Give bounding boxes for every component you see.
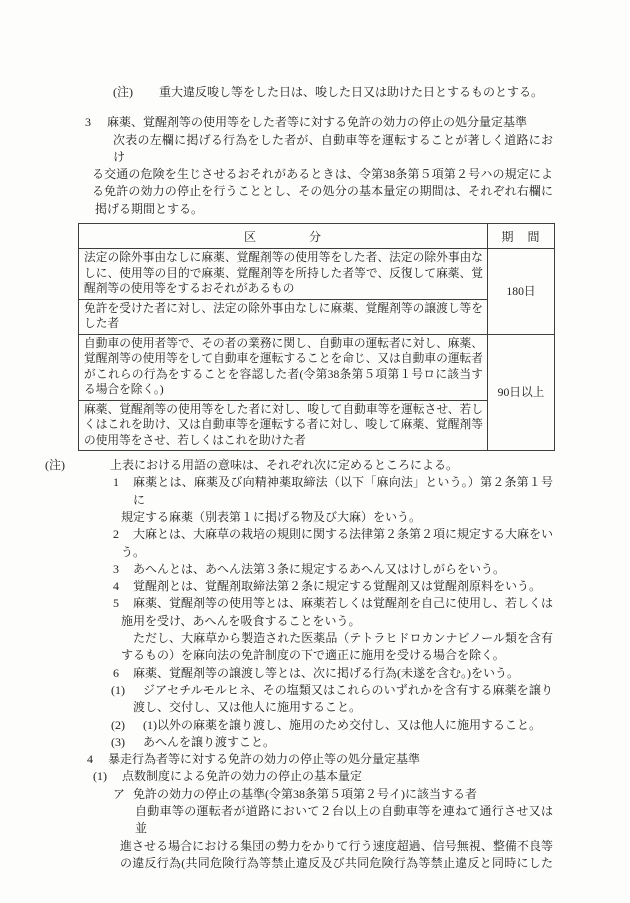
section4-sub1-line: (1) 点数制度による免許の効力の停止の基本量定 bbox=[122, 768, 553, 785]
note-item-text: 麻薬、覚醒剤等の譲渡し等とは、次に掲げる行為(未遂を含む。)をいう。 bbox=[133, 666, 519, 680]
sub-item-title: 点数制度による免許の効力の停止の基本量定 bbox=[122, 769, 362, 783]
note-item-line: 2 大麻とは、大麻草の栽培の規則に関する法律第２条第２項に規定する大麻をい bbox=[133, 526, 553, 543]
note-item-line: 渡し、交付し、又は他人に施用すること。 bbox=[133, 699, 553, 716]
section4-para-line: の違反行為(共同危険行為等禁止違反及び共同危険行為等禁止違反と同時にした bbox=[120, 855, 553, 872]
table-line: 覚醒剤等の使用等をして自動車を運転することを命じ、又は自動車の運転者 bbox=[84, 351, 483, 367]
section3-title: 麻薬、覚醒剤等の使用等をした者等に対する免許の効力の停止の処分量定基準 bbox=[107, 115, 527, 129]
note-item-line: (1) ジアセチルモルヒネ、その塩類又はこれらのいずれかを含有する麻薬を譲り bbox=[143, 682, 553, 699]
sub-item-title: 免許の効力の停止の基準(令第38条第５項第２号イ)に該当する者 bbox=[133, 787, 477, 801]
section3-heading: 3 麻薬、覚醒剤等の使用等をした者等に対する免許の効力の停止の処分量定基準 bbox=[107, 114, 553, 131]
table-line: 麻薬、覚醒剤等の使用等をした者に対し、唆して自動車等を運転させ、若し bbox=[84, 402, 483, 418]
note-item-line: 1 麻薬とは、麻薬及び向精神薬取締法（以下「麻向法」という。）第２条第１号に bbox=[133, 474, 553, 509]
intro-line: 次表の左欄に掲げる行為をした者が、自動車等を運転することが著しく道路におけ bbox=[113, 132, 553, 167]
section4-para-line: 進させる場合における集団の勢力をかりて行う速度超過、信号無視、整備不良等 bbox=[120, 838, 553, 855]
section4-heading: 4 暴走行為者等に対する免許の効力の停止等の処分量定基準 bbox=[108, 751, 553, 768]
note-item-num: 3 bbox=[113, 561, 119, 578]
note-item-line: 規定する麻薬（別表第１に掲げる物及び大麻）をいう。 bbox=[121, 509, 553, 526]
table-header-row: 区 分 期 間 bbox=[79, 224, 555, 249]
section3-number: 3 bbox=[85, 114, 91, 131]
note-item-text: あへんとは、あへん法第３条に規定するあへん又はけしがらをいう。 bbox=[133, 562, 505, 576]
section4-title: 暴走行為者等に対する免許の効力の停止等の処分量定基準 bbox=[108, 752, 420, 766]
table-line: しに、使用等の目的で麻薬、覚醒剤等を所持した者等で、反復して麻薬、覚 bbox=[84, 266, 483, 282]
top-note-line: (注) 重大違反唆し等をした日は、唆した日又は助けた日とするものとする。 bbox=[159, 84, 553, 101]
note-item-num: (3) bbox=[111, 734, 125, 751]
penalty-table: 区 分 期 間 法定の除外事由なしに麻薬、覚醒剤等の使用等をした者、法定の除外事… bbox=[78, 223, 555, 451]
note-item-num: (2) bbox=[111, 717, 125, 734]
note-item-line: う。 bbox=[121, 544, 553, 561]
table-row: 麻薬、覚醒剤等の使用等をした者に対し、唆して自動車等を運転させ、若し くはこれを… bbox=[79, 400, 555, 451]
table-row: 自動車の使用者等で、その者の業務に関し、自動車の運転者に対し、麻薬、 覚醒剤等の… bbox=[79, 334, 555, 400]
note-item-line: 4 覚醒剤とは、覚醒剤取締法第２条に規定する覚醒剤又は覚醒剤原料をいう。 bbox=[133, 578, 553, 595]
category-cell: 法定の除外事由なしに麻薬、覚醒剤等の使用等をした者、法定の除外事由な しに、使用… bbox=[79, 249, 488, 300]
note-item-num: (1) bbox=[111, 682, 125, 699]
table-line: の使用等をさせ、若しくはこれを助けた者 bbox=[84, 433, 483, 449]
note-item-text: 覚醒剤とは、覚醒剤取締法第２条に規定する覚醒剤又は覚醒剤原料をいう。 bbox=[133, 579, 541, 593]
note-item-num: 5 bbox=[113, 595, 119, 612]
table-header-period: 期 間 bbox=[488, 224, 555, 249]
period-cell: 180日 bbox=[488, 249, 555, 335]
notes-head-text: 上表における用語の意味は、それぞれ次に定めるところによる。 bbox=[110, 458, 458, 472]
notes-head-line: (注) 上表における用語の意味は、それぞれ次に定めるところによる。 bbox=[110, 457, 553, 474]
note-item-line: (3) あへんを譲り渡すこと。 bbox=[143, 734, 553, 751]
table-line: 醒剤等の使用等をするおそれがあるもの bbox=[84, 281, 483, 297]
note-item-text: 大麻とは、大麻草の栽培の規則に関する法律第２条第２項に規定する大麻をい bbox=[133, 527, 553, 541]
table-header-category: 区 分 bbox=[79, 224, 488, 249]
note-item-line: 5 麻薬、覚醒剤等の使用等とは、麻薬若しくは覚醒剤を自己に使用し、若しくは bbox=[133, 595, 553, 612]
note-item-text: (1)以外の麻薬を譲り渡し、施用のため交付し、又は他人に施用すること。 bbox=[143, 718, 541, 732]
table-line: 免許を受けた者に対し、法定の除外事由なしに麻薬、覚醒剤等の譲渡し等を bbox=[84, 301, 483, 317]
note-item-line: するもの）を麻向法の免許制度の下で適正に施用を受ける場合を除く。 bbox=[121, 647, 553, 664]
section4-para-line: 自動車等の運転者が道路において２台以上の自動車等を連ねて通行させ又は並 bbox=[135, 803, 553, 838]
top-note-text: 重大違反唆し等をした日は、唆した日又は助けた日とするものとする。 bbox=[159, 85, 543, 99]
note-item-text: 麻薬、覚醒剤等の使用等とは、麻薬若しくは覚醒剤を自己に使用し、若しくは bbox=[133, 596, 553, 610]
note-item-num: 2 bbox=[113, 526, 119, 543]
note-item-num: 6 bbox=[113, 665, 119, 682]
notes-label: (注) bbox=[45, 457, 65, 474]
section4-number: 4 bbox=[87, 751, 93, 768]
top-note-label: (注) bbox=[113, 84, 133, 101]
table-line: 自動車の使用者等で、その者の業務に関し、自動車の運転者に対し、麻薬、 bbox=[84, 336, 483, 352]
section4-sub1a-line: ア 免許の効力の停止の基準(令第38条第５項第２号イ)に該当する者 bbox=[133, 786, 553, 803]
table-line: る場合を除く。) bbox=[84, 382, 483, 398]
note-item-line: 施用を受け、あへんを吸食することをいう。 bbox=[121, 613, 553, 630]
note-item-line: 3 あへんとは、あへん法第３条に規定するあへん又はけしがらをいう。 bbox=[133, 561, 553, 578]
note-item-line: (2) (1)以外の麻薬を譲り渡し、施用のため交付し、又は他人に施用すること。 bbox=[143, 717, 553, 734]
table-line: くはこれを助け、又は自動車等を運転する者に対し、唆して麻薬、覚醒剤等 bbox=[84, 417, 483, 433]
note-item-text: 麻薬とは、麻薬及び向精神薬取締法（以下「麻向法」という。）第２条第１号に bbox=[133, 475, 553, 506]
table-line: がこれらの行為をすることを容認した者(令第38条第５項第１号ロに該当す bbox=[84, 367, 483, 383]
sub-item-num: ア bbox=[113, 786, 125, 803]
note-item-text: あへんを譲り渡すこと。 bbox=[143, 735, 275, 749]
note-item-line: 6 麻薬、覚醒剤等の譲渡し等とは、次に掲げる行為(未遂を含む。)をいう。 bbox=[133, 665, 553, 682]
category-cell: 麻薬、覚醒剤等の使用等をした者に対し、唆して自動車等を運転させ、若し くはこれを… bbox=[79, 400, 488, 451]
document-page: (注) 重大違反唆し等をした日は、唆した日又は助けた日とするものとする。 3 麻… bbox=[0, 0, 630, 903]
category-cell: 自動車の使用者等で、その者の業務に関し、自動車の運転者に対し、麻薬、 覚醒剤等の… bbox=[79, 334, 488, 400]
sub-item-num: (1) bbox=[93, 768, 107, 785]
period-cell: 90日以上 bbox=[488, 334, 555, 451]
category-cell: 免許を受けた者に対し、法定の除外事由なしに麻薬、覚醒剤等の譲渡し等を した者 bbox=[79, 299, 488, 334]
table-row: 免許を受けた者に対し、法定の除外事由なしに麻薬、覚醒剤等の譲渡し等を した者 bbox=[79, 299, 555, 334]
intro-line: 掲げる期間とする。 bbox=[95, 201, 553, 218]
intro-line: る交通の危険を生じさせるおそれがあるときは、令第38条第５項第２号ハの規定によ bbox=[92, 166, 553, 183]
intro-line: る免許の効力の停止を行うこととし、その処分の基本量定の期間は、それぞれ右欄に bbox=[92, 183, 553, 200]
table-row: 法定の除外事由なしに麻薬、覚醒剤等の使用等をした者、法定の除外事由な しに、使用… bbox=[79, 249, 555, 300]
note-item-num: 1 bbox=[113, 474, 119, 491]
note-item-line: ただし、大麻草から製造された医薬品（テトラヒドロカンナビノール類を含有 bbox=[133, 630, 553, 647]
table-line: 法定の除外事由なしに麻薬、覚醒剤等の使用等をした者、法定の除外事由な bbox=[84, 250, 483, 266]
note-item-text: ジアセチルモルヒネ、その塩類又はこれらのいずれかを含有する麻薬を譲り bbox=[143, 683, 553, 697]
table-line: した者 bbox=[84, 316, 483, 332]
note-item-num: 4 bbox=[113, 578, 119, 595]
